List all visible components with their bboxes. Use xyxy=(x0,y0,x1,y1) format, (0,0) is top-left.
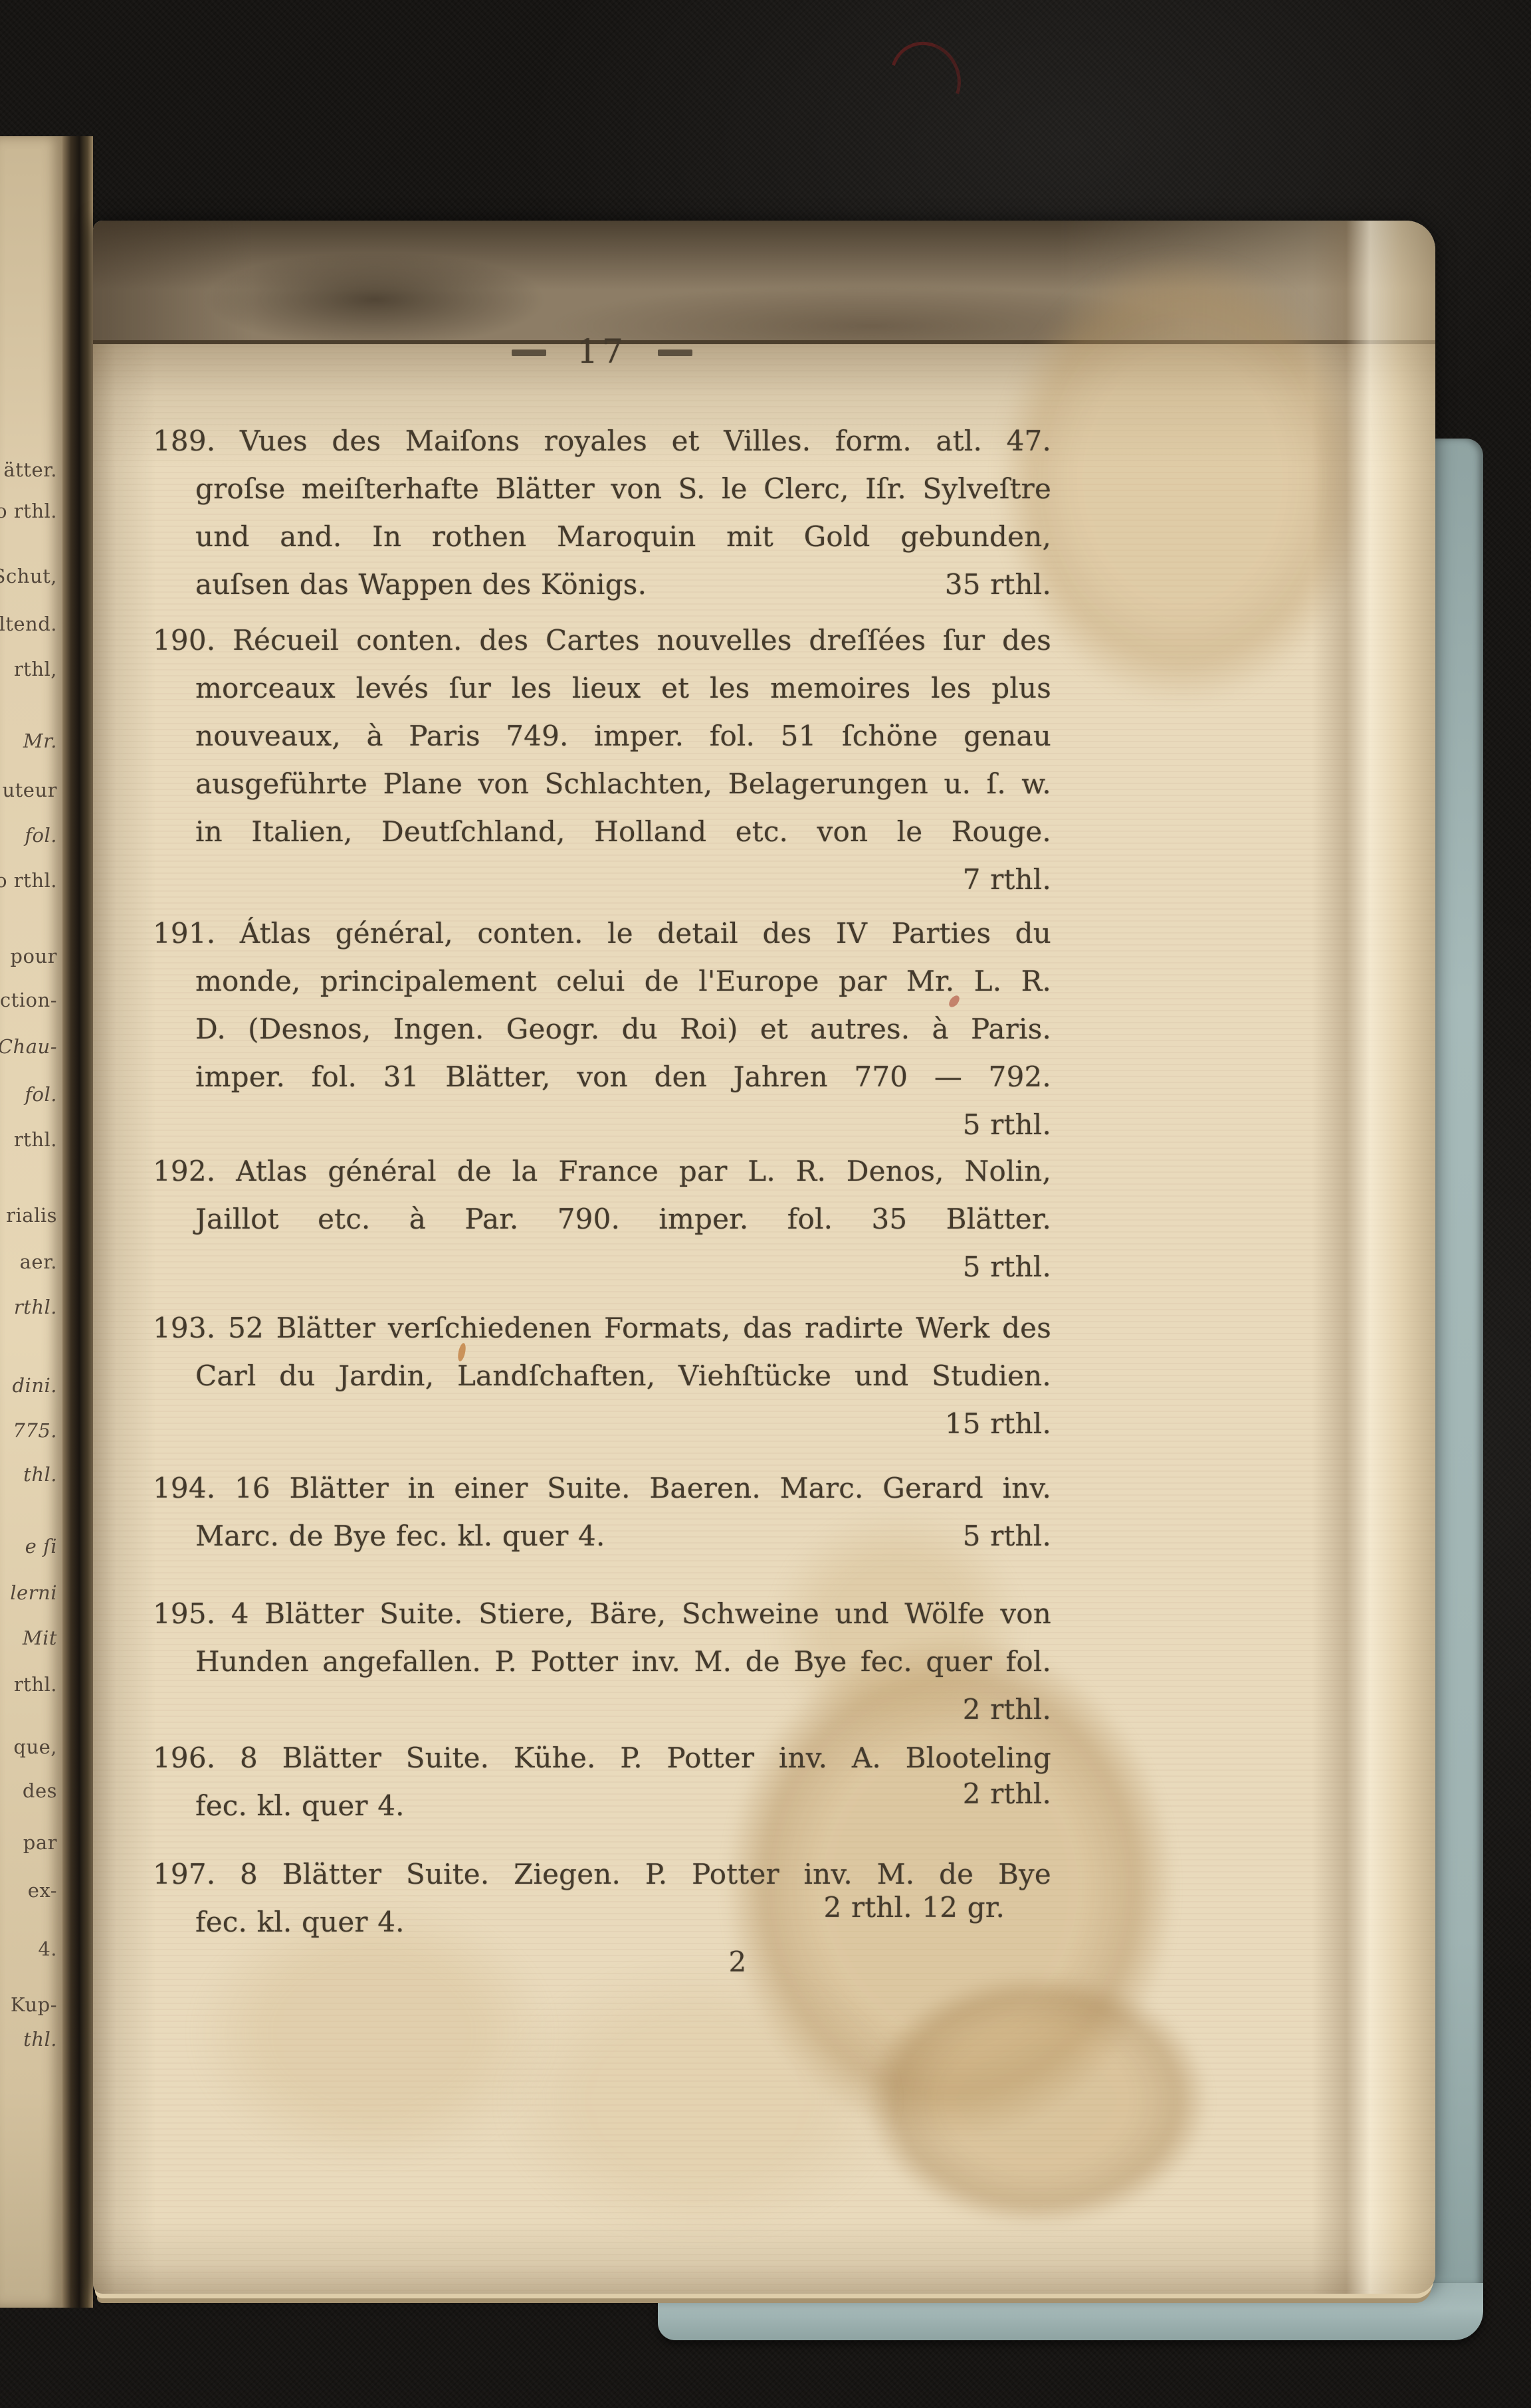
entry-price: 2 rthl. 12 gr. xyxy=(823,1884,1005,1932)
entry-line: imper. fol. 31 Blätter, von den Jahren 7… xyxy=(153,1053,1051,1101)
entry-line: Jaillot etc. à Par. 790. imper. fol. 35 … xyxy=(153,1195,1051,1243)
entry-number: 194. xyxy=(153,1472,215,1504)
prev-page-fragment: rthl. xyxy=(14,1128,57,1151)
entry-line: D. (Desnos, Ingen. Geogr. du Roi) et aut… xyxy=(153,1005,1051,1053)
red-pencil-mark xyxy=(878,30,973,129)
entry-line: ausgeführte Plane von Schlachten, Belage… xyxy=(153,760,1051,808)
prev-page-fragment: Mr. xyxy=(23,730,57,752)
catalog-entry: 193. 52 Blätter verſchiedenen Formats, d… xyxy=(153,1304,1051,1448)
entry-line: 191. Átlas général, conten. le detail de… xyxy=(153,910,1051,957)
prev-page-fragment: ltend. xyxy=(0,613,57,635)
header-dash xyxy=(658,350,692,356)
prev-page-fragment: des xyxy=(23,1779,57,1802)
catalog-entry: 191. Átlas général, conten. le detail de… xyxy=(153,910,1051,1149)
entry-price: 7 rthl. xyxy=(963,863,1051,896)
prev-page-fragment: rthl. xyxy=(14,1673,57,1696)
entry-line: 194. 16 Blätter in einer Suite. Baeren. … xyxy=(153,1464,1051,1512)
catalog-entries: 17 2 189. Vues des Maiſons royales et Vi… xyxy=(153,221,1051,2294)
entry-number: 189. xyxy=(153,425,215,457)
entry-price: 35 rthl. xyxy=(945,561,1051,609)
entry-line: 5 rthl. xyxy=(153,1101,1051,1149)
prev-page-fragment: thl. xyxy=(23,2028,57,2051)
previous-page-edge: ätter.o rthl.Schut,ltend.rthl,Mr.uteurfo… xyxy=(0,136,62,2308)
page-number-header: 17 xyxy=(153,332,1051,371)
entry-line: und and. In rothen Maroquin mit Gold geb… xyxy=(153,513,1051,561)
prev-page-fragment: Schut, xyxy=(0,565,57,587)
entry-line: fec. kl. quer 4.2 rthl. 12 gr. xyxy=(153,1898,1051,1946)
catalog-entry: 196. 8 Blätter Suite. Kühe. P. Potter in… xyxy=(153,1734,1051,1830)
header-dash xyxy=(512,350,546,356)
entry-price: 2 rthl. xyxy=(963,1770,1051,1818)
entry-number: 190. xyxy=(153,624,215,656)
entry-line: 5 rthl. xyxy=(153,1243,1051,1291)
entry-text: auſsen das Wappen des Königs. xyxy=(195,561,647,609)
signature-mark: 2 xyxy=(658,1946,817,1978)
catalog-entry: 195. 4 Blätter Suite. Stiere, Bäre, Schw… xyxy=(153,1590,1051,1734)
prev-page-fragment: dini. xyxy=(12,1374,57,1397)
prev-page-fragment: Chau- xyxy=(0,1035,57,1058)
entry-text: fec. kl. quer 4. xyxy=(195,1898,405,1946)
entry-number: 195. xyxy=(153,1597,215,1630)
entry-line: Carl du Jardin, Landſchaften, Viehſtücke… xyxy=(153,1352,1051,1400)
prev-page-fragment: aer. xyxy=(20,1251,57,1273)
entry-line: 189. Vues des Maiſons royales et Villes.… xyxy=(153,417,1051,465)
entry-price: 15 rthl. xyxy=(945,1407,1051,1440)
prev-page-fragment: par xyxy=(23,1831,57,1854)
catalog-entry: 192. Atlas général de la France par L. R… xyxy=(153,1148,1051,1291)
entry-text: Marc. de Bye fec. kl. quer 4. xyxy=(195,1512,605,1560)
prev-page-fragment: Mit xyxy=(23,1627,57,1649)
prev-page-fragment: fol. xyxy=(25,824,57,847)
prev-page-fragment: que, xyxy=(13,1736,57,1758)
prev-page-fragment: rthl, xyxy=(14,658,57,680)
entry-number: 191. xyxy=(153,917,215,950)
entry-line: in Italien, Deutſchland, Holland etc. vo… xyxy=(153,808,1051,856)
entry-price: 2 rthl. xyxy=(963,1693,1051,1726)
prev-page-fragment: e ſi xyxy=(25,1535,57,1557)
catalog-entry: 190. Récueil conten. des Cartes nouvelle… xyxy=(153,617,1051,904)
entry-line: monde, principalement celui de l'Europe … xyxy=(153,957,1051,1005)
prev-page-fragment: o rthl. xyxy=(0,869,57,892)
entry-price: 5 rthl. xyxy=(963,1512,1051,1560)
entry-line: auſsen das Wappen des Königs.35 rthl. xyxy=(153,561,1051,609)
prev-page-fragment: pour xyxy=(10,945,57,967)
entry-line: nouveaux, à Paris 749. imper. fol. 51 ſc… xyxy=(153,712,1051,760)
scanned-book-photo: ätter.o rthl.Schut,ltend.rthl,Mr.uteurfo… xyxy=(0,0,1531,2408)
prev-page-fragment: rialis xyxy=(6,1204,57,1227)
entry-line: fec. kl. quer 4.2 rthl. xyxy=(153,1782,1051,1830)
prev-page-fragment: 4. xyxy=(38,1938,57,1960)
entry-line: 195. 4 Blätter Suite. Stiere, Bäre, Schw… xyxy=(153,1590,1051,1638)
entry-line: Hunden angefallen. P. Potter inv. M. de … xyxy=(153,1638,1051,1686)
prev-page-fragment: ätter. xyxy=(3,458,57,481)
entry-line: 2 rthl. xyxy=(153,1686,1051,1734)
catalog-entry: 197. 8 Blätter Suite. Ziegen. P. Potter … xyxy=(153,1851,1051,1946)
entry-line: 15 rthl. xyxy=(153,1400,1051,1448)
entry-line: morceaux levés ſur les lieux et les memo… xyxy=(153,664,1051,712)
prev-page-fragment: 775. xyxy=(13,1419,57,1442)
page-number: 17 xyxy=(577,332,627,371)
entry-line: 7 rthl. xyxy=(153,856,1051,904)
entry-line: Marc. de Bye fec. kl. quer 4.5 rthl. xyxy=(153,1512,1051,1560)
entry-line: 190. Récueil conten. des Cartes nouvelle… xyxy=(153,617,1051,664)
entry-number: 196. xyxy=(153,1742,215,1774)
entry-number: 197. xyxy=(153,1858,215,1890)
prev-page-fragment: fol. xyxy=(25,1083,57,1106)
entry-number: 193. xyxy=(153,1312,215,1344)
book-gutter xyxy=(62,136,93,2308)
entry-line: 196. 8 Blätter Suite. Kühe. P. Potter in… xyxy=(153,1734,1051,1782)
entry-number: 192. xyxy=(153,1155,215,1187)
prev-page-fragment: Kup- xyxy=(11,1993,57,2016)
entry-line: 193. 52 Blätter verſchiedenen Formats, d… xyxy=(153,1304,1051,1352)
entry-line: 192. Atlas général de la France par L. R… xyxy=(153,1148,1051,1195)
prev-page-fragment: ction- xyxy=(0,989,57,1011)
entry-text: fec. kl. quer 4. xyxy=(195,1782,405,1830)
prev-page-fragment: o rthl. xyxy=(0,500,57,522)
entry-price: 5 rthl. xyxy=(963,1108,1051,1141)
prev-page-fragment: ex- xyxy=(28,1879,57,1902)
entry-price: 5 rthl. xyxy=(963,1251,1051,1283)
prev-page-fragment: lerni xyxy=(10,1581,57,1604)
prev-page-fragment: uteur xyxy=(2,779,57,801)
catalog-entry: 194. 16 Blätter in einer Suite. Baeren. … xyxy=(153,1464,1051,1560)
catalog-entry: 189. Vues des Maiſons royales et Villes.… xyxy=(153,417,1051,609)
entry-line: groſse meiſterhafte Blätter von S. le Cl… xyxy=(153,465,1051,513)
prev-page-fragment: rthl. xyxy=(14,1296,57,1318)
book-page: 17 2 189. Vues des Maiſons royales et Vi… xyxy=(93,221,1435,2294)
prev-page-fragment: thl. xyxy=(23,1463,57,1486)
page-right-fold xyxy=(1312,221,1435,2294)
